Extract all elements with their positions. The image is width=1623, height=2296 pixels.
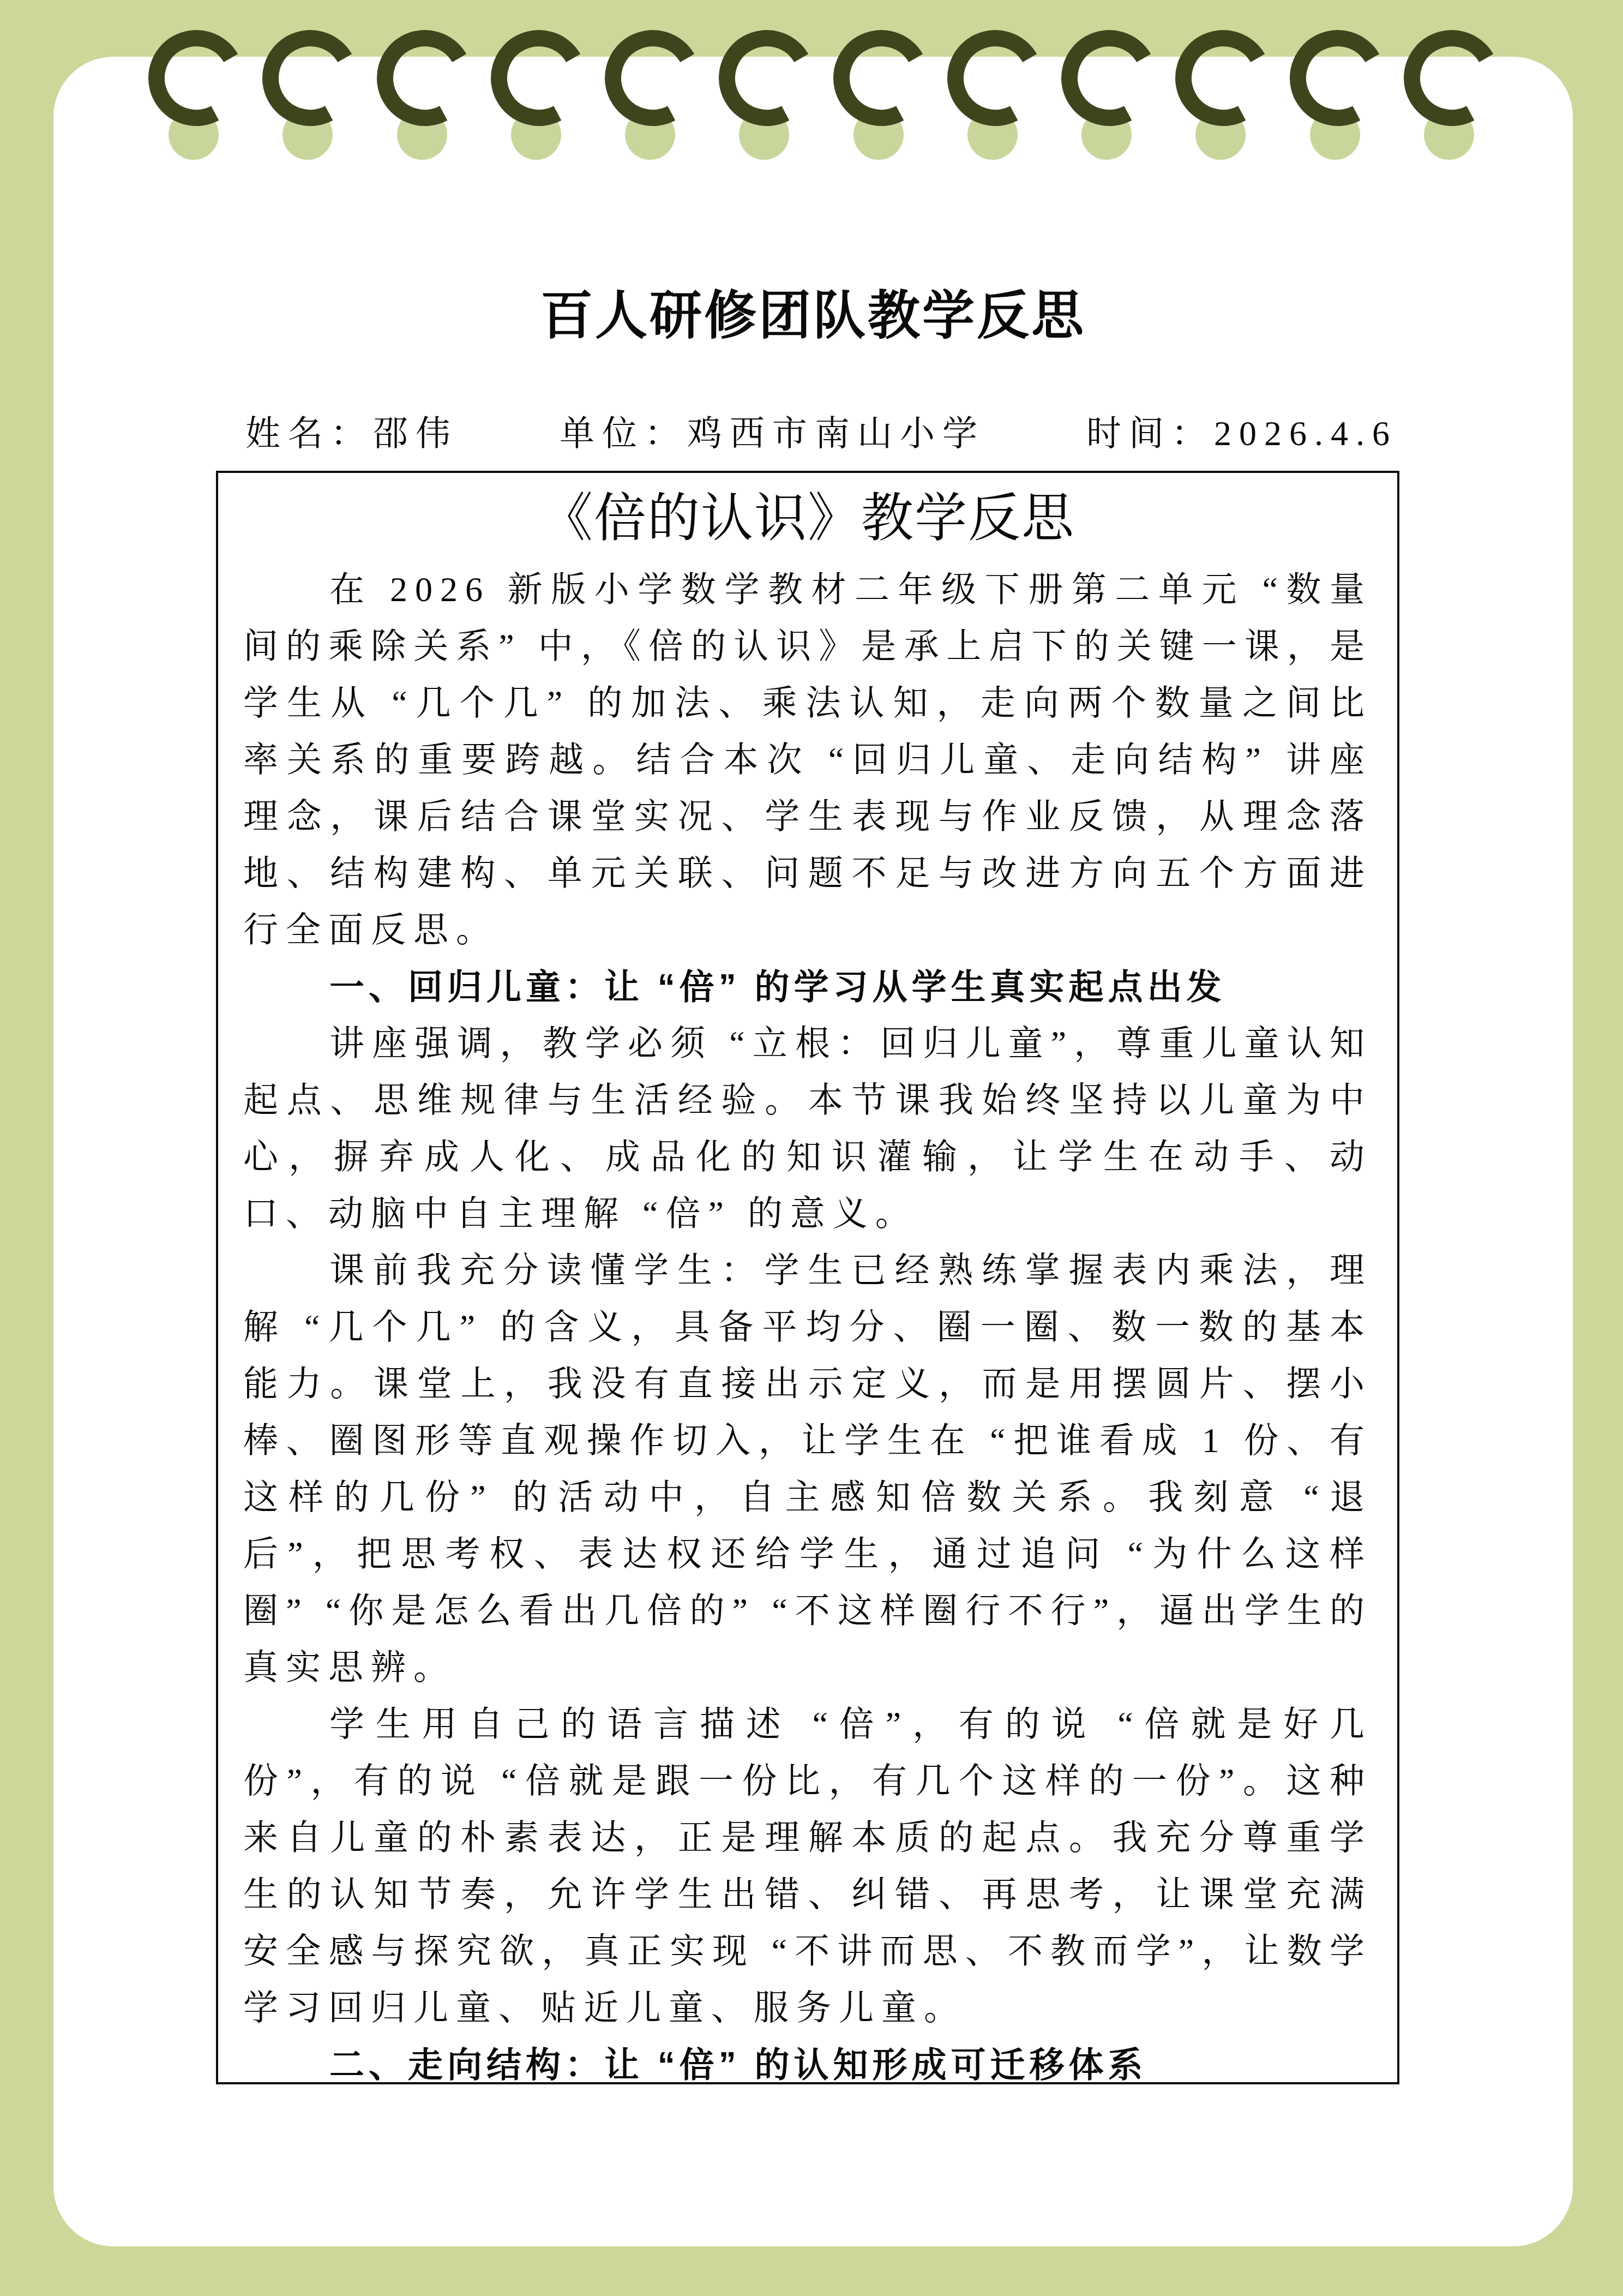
info-row: 姓名：邵伟 单位：鸡西市南山小学 时间：2026.4.6 — [245, 409, 1397, 459]
info-date-label: 时间： — [1086, 414, 1214, 453]
essay-heading: 二、走向结构：让 “倍” 的认知形成可迁移体系 — [243, 2036, 1372, 2093]
essay-paragraph: 在 2026 新版小学数学教材二年级下册第二单元 “数量间的乘除关系” 中，《倍… — [243, 561, 1372, 958]
spiral-ring-icon — [941, 0, 1050, 175]
coil-wire-icon — [955, 38, 1030, 118]
coil-wire-icon — [385, 38, 459, 118]
essay-paragraph: 学生用自己的语言描述 “倍”，有的说 “倍就是好几份”，有的说 “倍就是跟一份比… — [243, 1696, 1372, 2036]
coil-wire-icon — [270, 38, 345, 118]
spiral-ring-icon — [484, 0, 593, 175]
coil-wire-icon — [1298, 38, 1372, 118]
info-unit: 单位：鸡西市南山小学 — [560, 409, 985, 459]
page-title: 百人研修团队教学反思 — [53, 286, 1573, 346]
coil-wire-icon — [1183, 38, 1258, 118]
essay-paragraph: 讲座强调，教学必须 “立根：回归儿童”，尊重儿童认知起点、思维规律与生活经验。本… — [243, 1015, 1372, 1242]
paper-sheet: 百人研修团队教学反思 姓名：邵伟 单位：鸡西市南山小学 时间：2026.4.6 … — [53, 57, 1573, 2246]
coil-wire-icon — [841, 38, 916, 118]
coil-wire-icon — [613, 38, 687, 118]
coil-wire-icon — [499, 38, 573, 118]
notebook-page: 百人研修团队教学反思 姓名：邵伟 单位：鸡西市南山小学 时间：2026.4.6 … — [0, 0, 1623, 2296]
spiral-ring-icon — [598, 0, 707, 175]
coil-wire-icon — [1412, 38, 1486, 118]
spiral-ring-icon — [1397, 0, 1506, 175]
info-date-value: 2026.4.6 — [1214, 414, 1397, 453]
info-name-value: 邵伟 — [373, 414, 458, 453]
spiral-ring-icon — [1283, 0, 1392, 175]
essay-paragraph: 课前我充分读懂学生：学生已经熟练掌握表内乘法，理解 “几个几” 的含义，具备平均… — [243, 1242, 1372, 1696]
essay-body: 在 2026 新版小学数学教材二年级下册第二单元 “数量间的乘除关系” 中，《倍… — [243, 561, 1372, 2093]
essay-heading: 一、回归儿童：让 “倍” 的学习从学生真实起点出发 — [243, 958, 1372, 1015]
info-unit-value: 鸡西市南山小学 — [687, 414, 985, 453]
coil-wire-icon — [727, 38, 801, 118]
spiral-binding — [0, 0, 1623, 175]
info-unit-label: 单位： — [560, 414, 687, 453]
spiral-ring-icon — [712, 0, 821, 175]
essay-box: 《倍的认识》教学反思 在 2026 新版小学数学教材二年级下册第二单元 “数量间… — [216, 471, 1399, 2084]
info-date: 时间：2026.4.6 — [1086, 409, 1397, 459]
essay-title: 《倍的认识》教学反思 — [243, 483, 1372, 554]
spiral-ring-icon — [256, 0, 365, 175]
spiral-ring-icon — [827, 0, 936, 175]
info-name-label: 姓名： — [245, 414, 373, 453]
spiral-ring-icon — [370, 0, 479, 175]
info-name: 姓名：邵伟 — [245, 409, 458, 459]
spiral-ring-icon — [1055, 0, 1164, 175]
spiral-ring-icon — [1169, 0, 1278, 175]
coil-wire-icon — [1069, 38, 1144, 118]
spiral-ring-icon — [142, 0, 251, 175]
coil-wire-icon — [157, 38, 231, 118]
